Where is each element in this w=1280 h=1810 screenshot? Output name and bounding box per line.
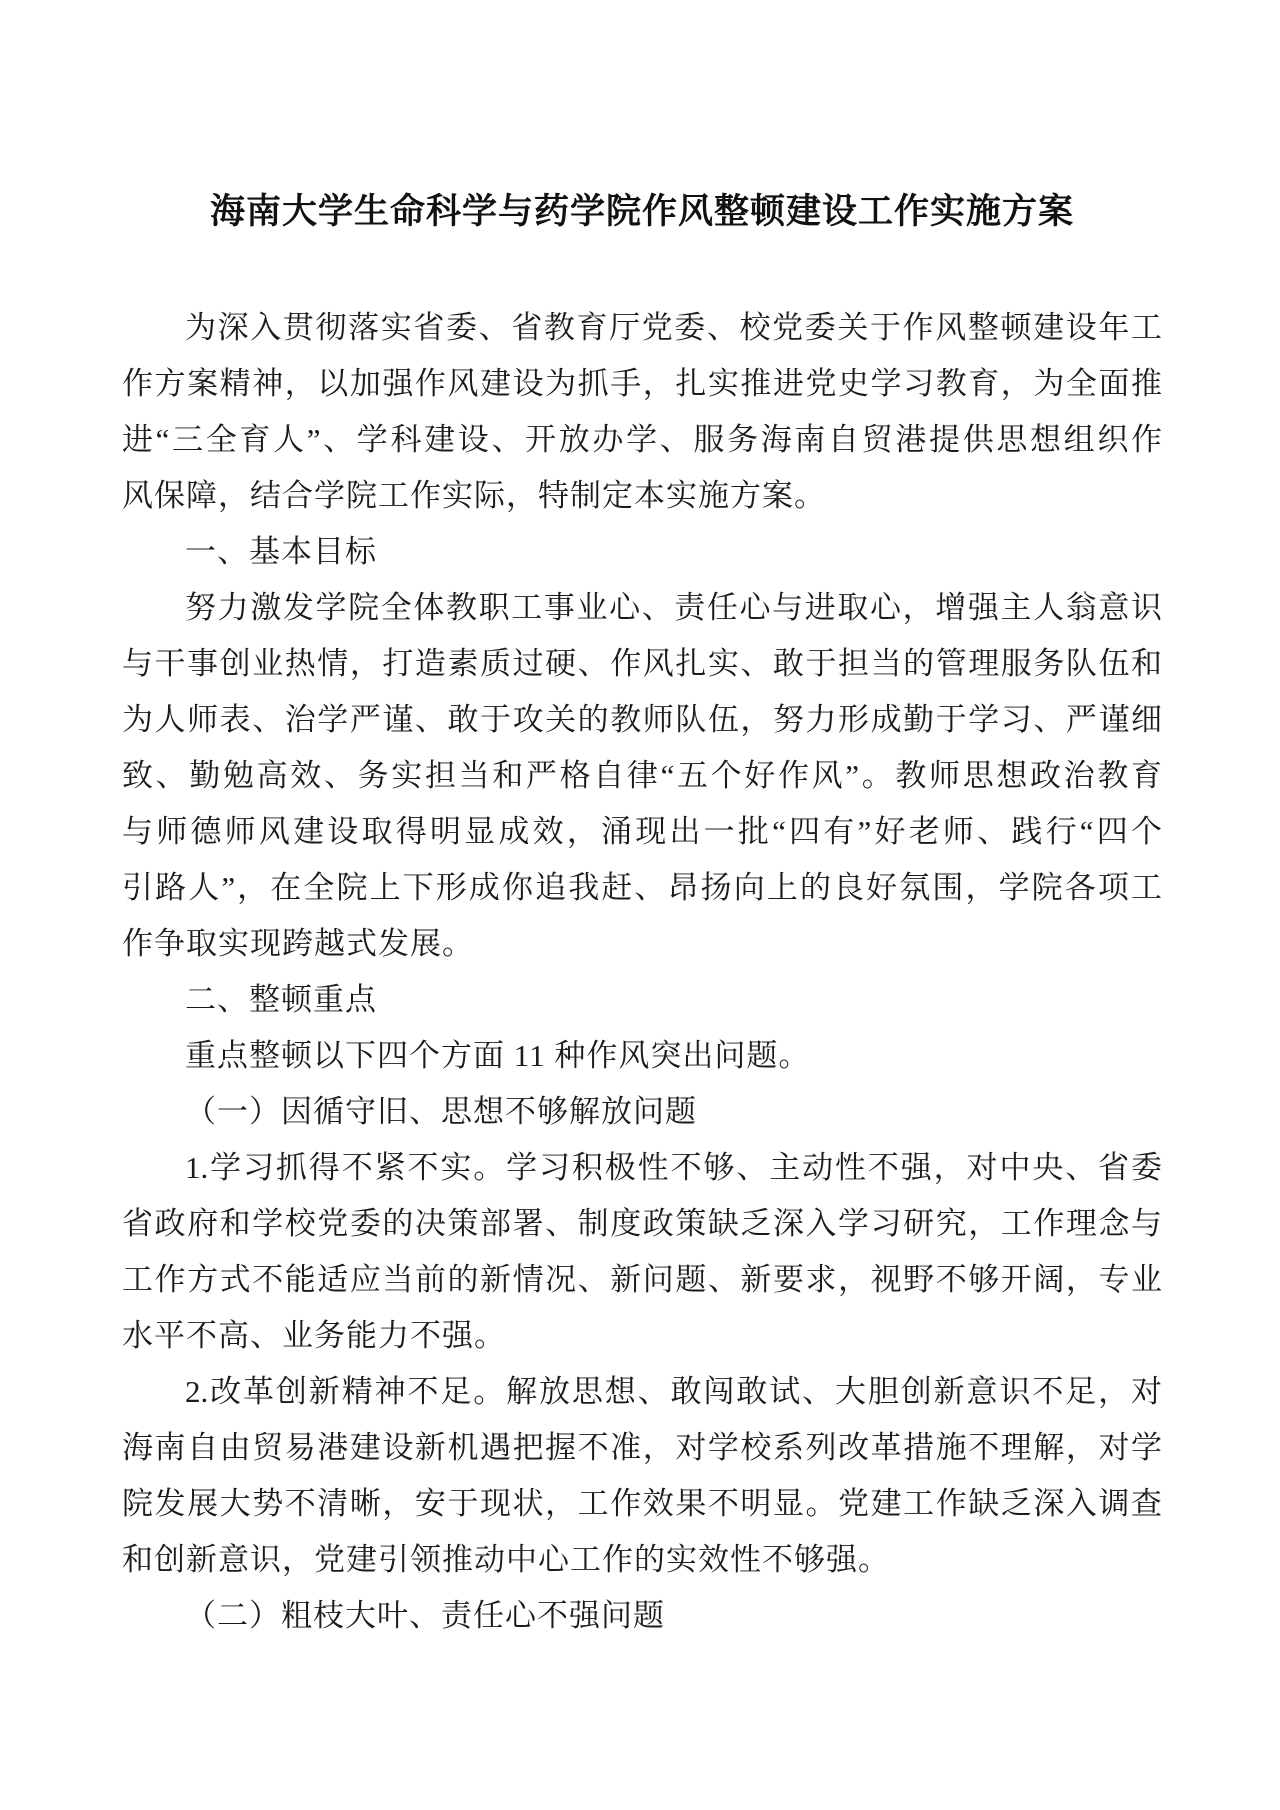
text-line: 风保障，结合学院工作实际，特制定本实施方案。 bbox=[122, 468, 1162, 524]
text-line: 为人师表、治学严谨、敢于攻关的教师队伍，努力形成勤于学习、严谨细 bbox=[122, 692, 1162, 748]
text-line: 海南自由贸易港建设新机遇把握不准，对学校系列改革措施不理解，对学 bbox=[122, 1420, 1162, 1476]
text-line: 省政府和学校党委的决策部署、制度政策缺乏深入学习研究，工作理念与 bbox=[122, 1196, 1162, 1252]
problem-1-paragraph: 1.学习抓得不紧不实。学习积极性不够、主动性不强，对中央、省委 省政府和学校党委… bbox=[122, 1140, 1162, 1364]
text-line: 引路人”，在全院上下形成你追我赶、昂扬向上的良好氛围，学院各项工 bbox=[122, 860, 1162, 916]
goals-paragraph: 努力激发学院全体教职工事业心、责任心与进取心，增强主人翁意识 与干事创业热情，打… bbox=[122, 580, 1162, 972]
problem-2-paragraph: 2.改革创新精神不足。解放思想、敢闯敢试、大胆创新意识不足，对 海南自由贸易港建… bbox=[122, 1364, 1162, 1588]
text-line: 水平不高、业务能力不强。 bbox=[122, 1308, 1162, 1364]
text-line: 2.改革创新精神不足。解放思想、敢闯敢试、大胆创新意识不足，对 bbox=[122, 1364, 1162, 1420]
document-body: 为深入贯彻落实省委、省教育厅党委、校党委关于作风整顿建设年工 作方案精神，以加强… bbox=[122, 300, 1162, 1644]
text-line: 进“三全育人”、学科建设、开放办学、服务海南自贸港提供思想组织作 bbox=[122, 412, 1162, 468]
text-line: 作方案精神，以加强作风建设为抓手，扎实推进党史学习教育，为全面推 bbox=[122, 356, 1162, 412]
text-line: 努力激发学院全体教职工事业心、责任心与进取心，增强主人翁意识 bbox=[122, 580, 1162, 636]
focus-summary-paragraph: 重点整顿以下四个方面 11 种作风突出问题。 bbox=[122, 1028, 1162, 1084]
text-line: 1.学习抓得不紧不实。学习积极性不够、主动性不强，对中央、省委 bbox=[122, 1140, 1162, 1196]
text-line: 工作方式不能适应当前的新情况、新问题、新要求，视野不够开阔，专业 bbox=[122, 1252, 1162, 1308]
text-line: 和创新意识，党建引领推动中心工作的实效性不够强。 bbox=[122, 1532, 1162, 1588]
document-page: 海南大学生命科学与药学院作风整顿建设工作实施方案 为深入贯彻落实省委、省教育厅党… bbox=[0, 0, 1280, 1810]
text-line: 作争取实现跨越式发展。 bbox=[122, 916, 1162, 972]
text-line: 院发展大势不清晰，安于现状，工作效果不明显。党建工作缺乏深入调查 bbox=[122, 1476, 1162, 1532]
heading-line: （二）粗枝大叶、责任心不强问题 bbox=[122, 1588, 1162, 1644]
text-line: 重点整顿以下四个方面 11 种作风突出问题。 bbox=[122, 1028, 1162, 1084]
text-line: 致、勤勉高效、务实担当和严格自律“五个好作风”。教师思想政治教育 bbox=[122, 748, 1162, 804]
text-line: 为深入贯彻落实省委、省教育厅党委、校党委关于作风整顿建设年工 bbox=[122, 300, 1162, 356]
section-heading-basic-goals: 一、基本目标 bbox=[122, 524, 1162, 580]
section-heading-rectification-focus: 二、整顿重点 bbox=[122, 972, 1162, 1028]
text-line: 与干事创业热情，打造素质过硬、作风扎实、敢于担当的管理服务队伍和 bbox=[122, 636, 1162, 692]
heading-line: （一）因循守旧、思想不够解放问题 bbox=[122, 1084, 1162, 1140]
text-line: 与师德师风建设取得明显成效，涌现出一批“四有”好老师、践行“四个 bbox=[122, 804, 1162, 860]
document-title: 海南大学生命科学与药学院作风整顿建设工作实施方案 bbox=[122, 186, 1162, 238]
subsection-heading-one: （一）因循守旧、思想不够解放问题 bbox=[122, 1084, 1162, 1140]
subsection-heading-two: （二）粗枝大叶、责任心不强问题 bbox=[122, 1588, 1162, 1644]
heading-line: 二、整顿重点 bbox=[122, 972, 1162, 1028]
heading-line: 一、基本目标 bbox=[122, 524, 1162, 580]
intro-paragraph: 为深入贯彻落实省委、省教育厅党委、校党委关于作风整顿建设年工 作方案精神，以加强… bbox=[122, 300, 1162, 524]
